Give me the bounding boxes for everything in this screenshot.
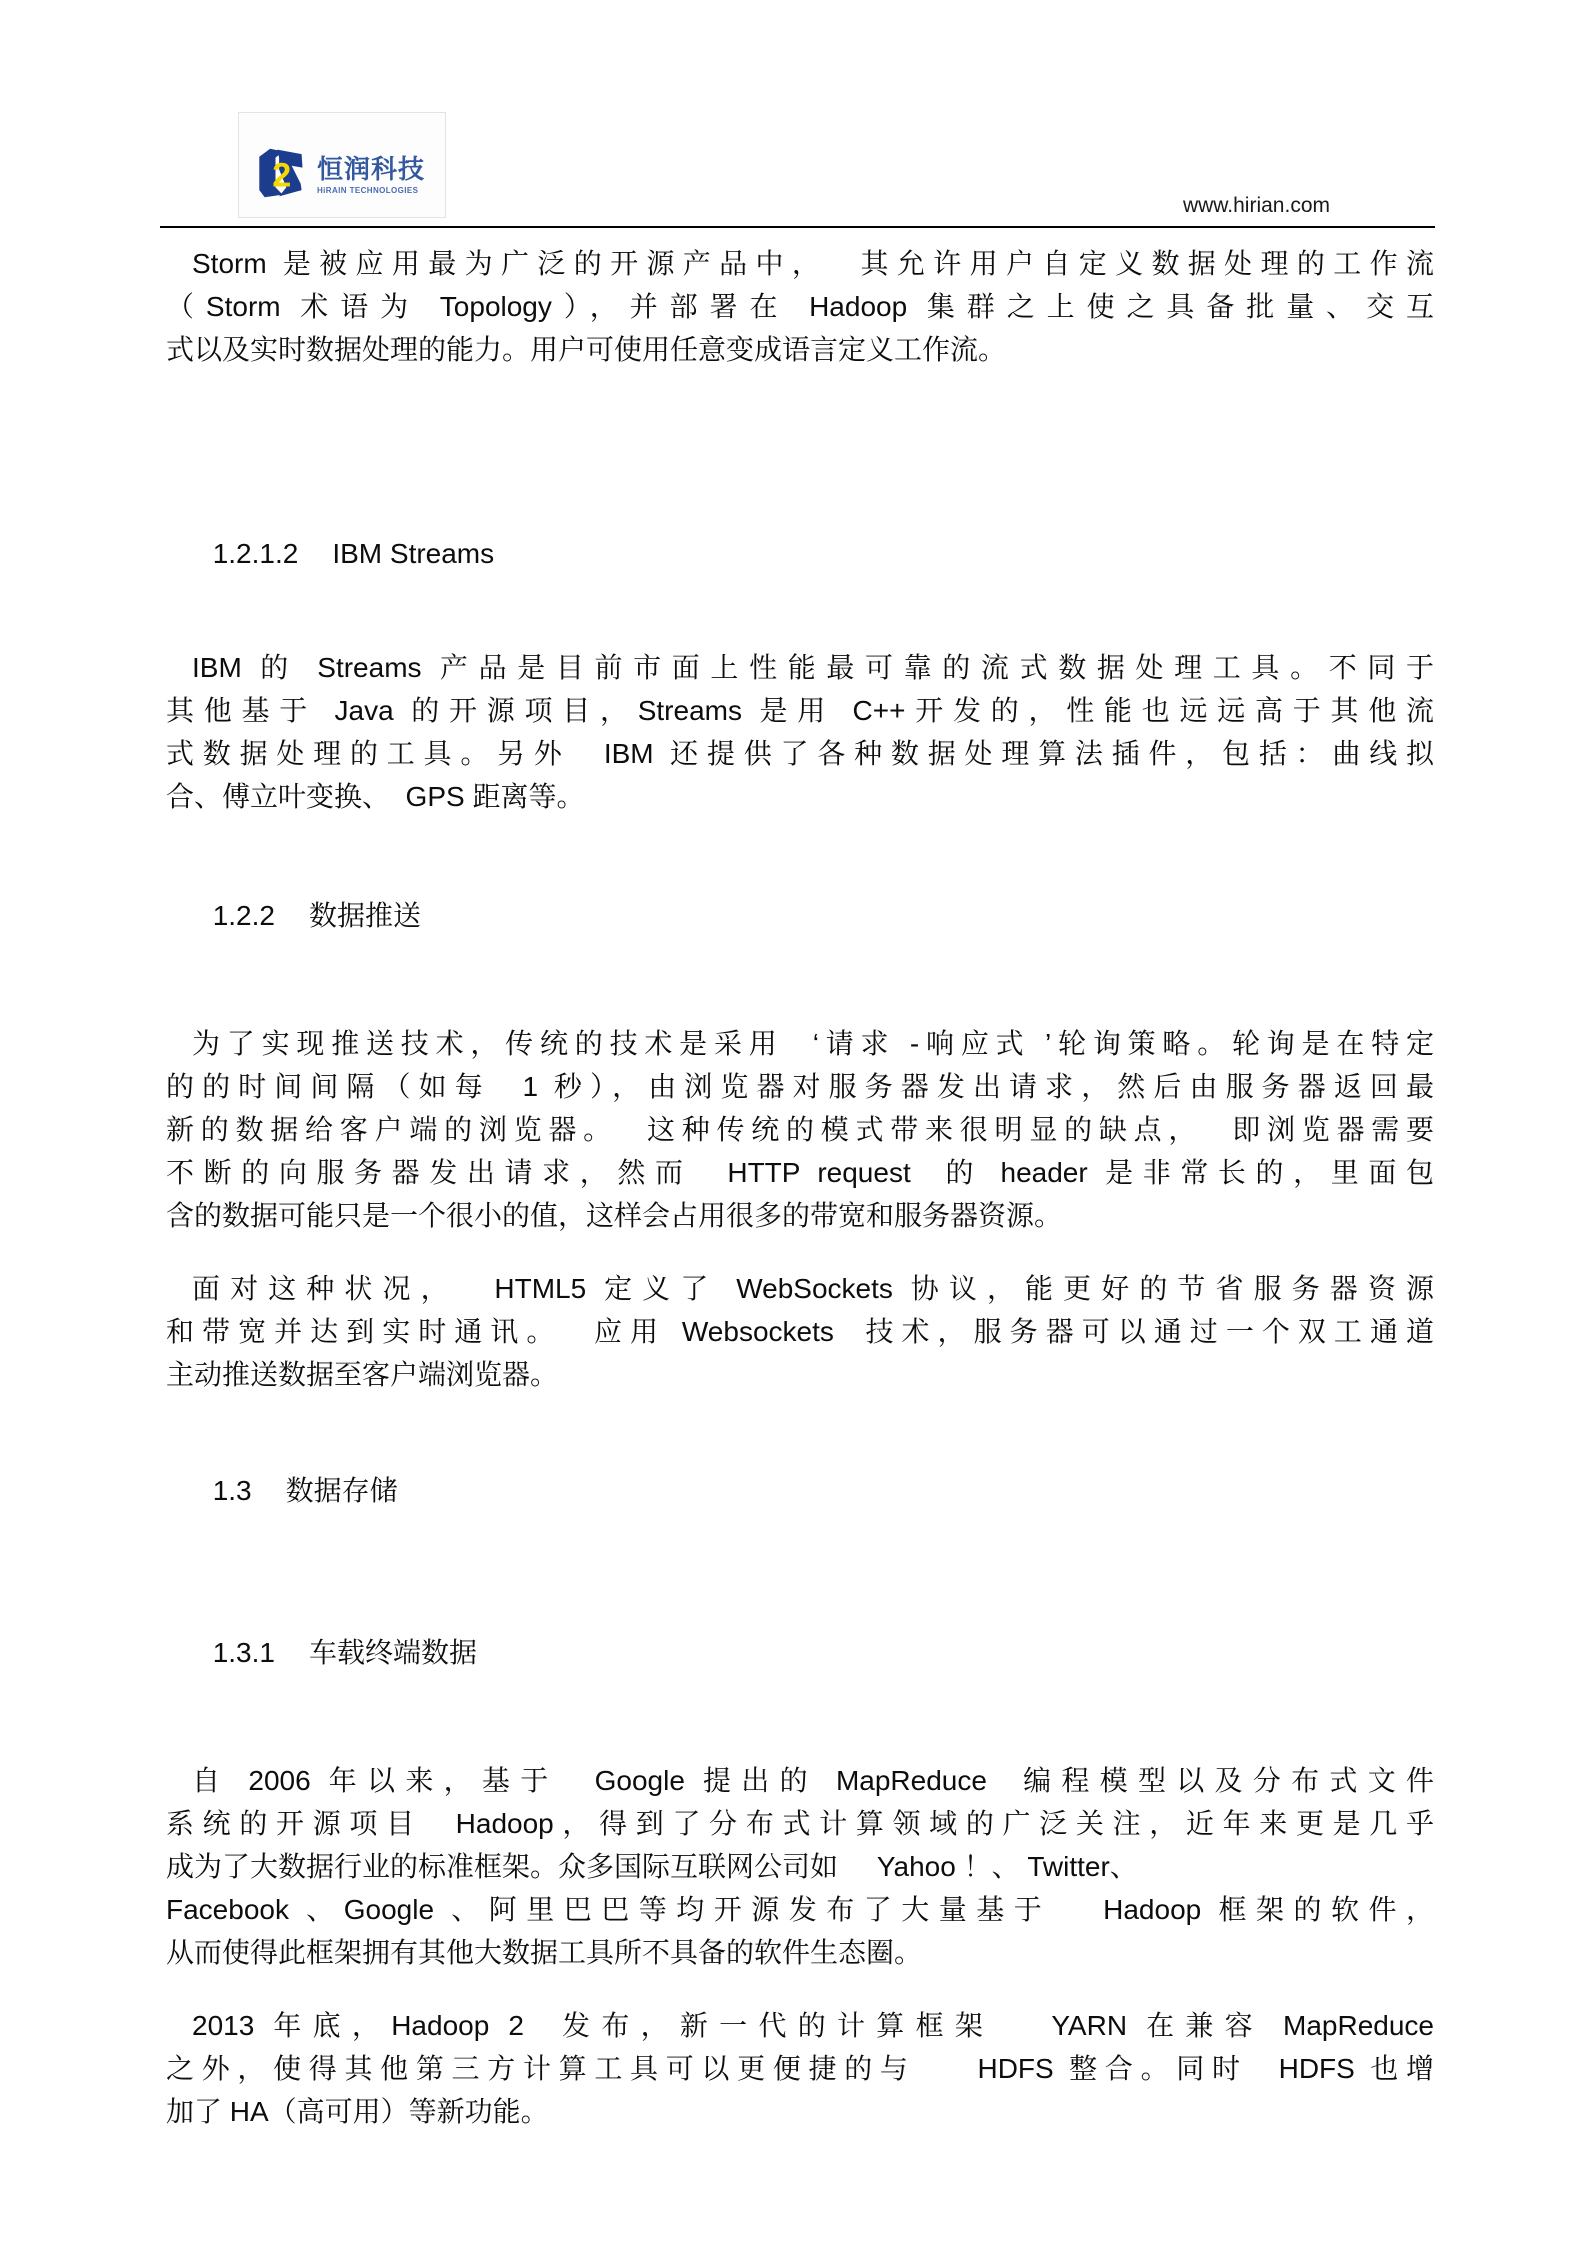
text-line: 和带宽并达到实时通讯。 应用 Websockets 技术，服务器可以通过一个双工… (166, 1310, 1434, 1353)
company-name-cn: 恒润科技 (317, 156, 425, 182)
header-divider (160, 226, 1435, 228)
company-name-en: HiRAIN TECHNOLOGIES (317, 187, 425, 195)
text-line: Storm 是被应用最为广泛的开源产品中， 其允许用户自定义数据处理的工作流 (166, 242, 1434, 285)
text-line: 含的数据可能只是一个很小的值，这样会占用很多的带宽和服务器资源。 (166, 1194, 1434, 1237)
heading-title: 数据推送 (309, 900, 421, 931)
text-line: 不断的向服务器发出请求，然而 HTTP request 的 header 是非常… (166, 1151, 1434, 1194)
paragraph-websockets: 面对这种状况， HTML5 定义了 WebSockets 协议，能更好的节省服务… (166, 1267, 1434, 1396)
text-line: 从而使得此框架拥有其他大数据工具所不具备的软件生态圈。 (166, 1931, 1434, 1974)
text-line: 的的时间间隔（如每 1 秒），由浏览器对服务器发出请求，然后由服务器返回最 (166, 1065, 1434, 1108)
text-line: 合、傅立叶变换、 GPS 距离等。 (166, 775, 1434, 818)
text-line: 之外，使得其他第三方计算工具可以更便捷的与 HDFS 整合。同时 HDFS 也增 (166, 2047, 1434, 2090)
text-line: 自 2006 年以来，基于 Google 提出的 MapReduce 编程模型以… (166, 1759, 1434, 1802)
heading-number: 1.3.1 (213, 1631, 275, 1674)
logo-numeral: 2 (272, 156, 291, 194)
text-line: （Storm 术语为 Topology），并部署在 Hadoop 集群之上使之具… (166, 285, 1434, 328)
text-line: 新的数据给客户端的浏览器。 这种传统的模式带来很明显的缺点， 即浏览器需要 (166, 1108, 1434, 1151)
heading-number: 1.2.2 (213, 894, 275, 937)
text-line: 为了实现推送技术，传统的技术是采用 ‘请求 -响应式 ’轮询策略。轮询是在特定 (166, 1022, 1434, 1065)
section-heading-122: 1.2.2数据推送 (166, 851, 1434, 980)
text-line: 式数据处理的工具。另外 IBM 还提供了各种数据处理算法插件，包括：曲线拟 (166, 732, 1434, 775)
section-heading-1212: 1.2.1.2IBM Streams (166, 489, 1434, 618)
paragraph-hadoop: 自 2006 年以来，基于 Google 提出的 MapReduce 编程模型以… (166, 1759, 1434, 1974)
paragraph-yarn: 2013 年底，Hadoop 2 发布，新一代的计算框架 YARN 在兼容 Ma… (166, 2004, 1434, 2133)
section-heading-131: 1.3.1车载终端数据 (166, 1588, 1434, 1717)
document-page: 2 恒润科技 HiRAIN TECHNOLOGIES www.hirian.co… (0, 0, 1593, 2255)
text-line: 式以及实时数据处理的能力。用户可使用任意变成语言定义工作流。 (166, 328, 1434, 371)
heading-title: 数据存储 (286, 1475, 398, 1506)
text-line: 加了 HA（高可用）等新功能。 (166, 2090, 1434, 2133)
heading-number: 1.2.1.2 (213, 532, 299, 575)
text-line: 2013 年底，Hadoop 2 发布，新一代的计算框架 YARN 在兼容 Ma… (166, 2004, 1434, 2047)
heading-title: 车载终端数据 (309, 1637, 477, 1668)
document-content: Storm 是被应用最为广泛的开源产品中， 其允许用户自定义数据处理的工作流（S… (166, 242, 1434, 2133)
heading-title: IBM Streams (332, 538, 494, 569)
text-line: 系统的开源项目 Hadoop，得到了分布式计算领域的广泛关注，近年来更是几乎 (166, 1802, 1434, 1845)
text-line: 主动推送数据至客户端浏览器。 (166, 1353, 1434, 1396)
text-line: 其他基于 Java 的开源项目，Streams 是用 C++开发的，性能也远远高… (166, 689, 1434, 732)
heading-number: 1.3 (213, 1469, 252, 1512)
text-line: IBM 的 Streams 产品是目前市面上性能最可靠的流式数据处理工具。不同于 (166, 646, 1434, 689)
paragraph-data-push: 为了实现推送技术，传统的技术是采用 ‘请求 -响应式 ’轮询策略。轮询是在特定的… (166, 1022, 1434, 1237)
hirain-logo-icon: 2 (251, 146, 309, 205)
paragraph-ibm-streams: IBM 的 Streams 产品是目前市面上性能最可靠的流式数据处理工具。不同于… (166, 646, 1434, 818)
section-heading-13: 1.3数据存储 (166, 1426, 1434, 1555)
text-line: 面对这种状况， HTML5 定义了 WebSockets 协议，能更好的节省服务… (166, 1267, 1434, 1310)
website-url: www.hirian.com (1183, 194, 1330, 218)
company-logo: 2 恒润科技 HiRAIN TECHNOLOGIES (238, 112, 446, 218)
text-line: 成为了大数据行业的标准框架。众多国际互联网公司如 Yahoo ！、 Twitte… (166, 1845, 1434, 1888)
logo-text: 恒润科技 HiRAIN TECHNOLOGIES (317, 156, 425, 195)
paragraph-storm: Storm 是被应用最为广泛的开源产品中， 其允许用户自定义数据处理的工作流（S… (166, 242, 1434, 371)
text-line: Facebook 、Google 、阿里巴巴等均开源发布了大量基于 Hadoop… (166, 1888, 1434, 1931)
